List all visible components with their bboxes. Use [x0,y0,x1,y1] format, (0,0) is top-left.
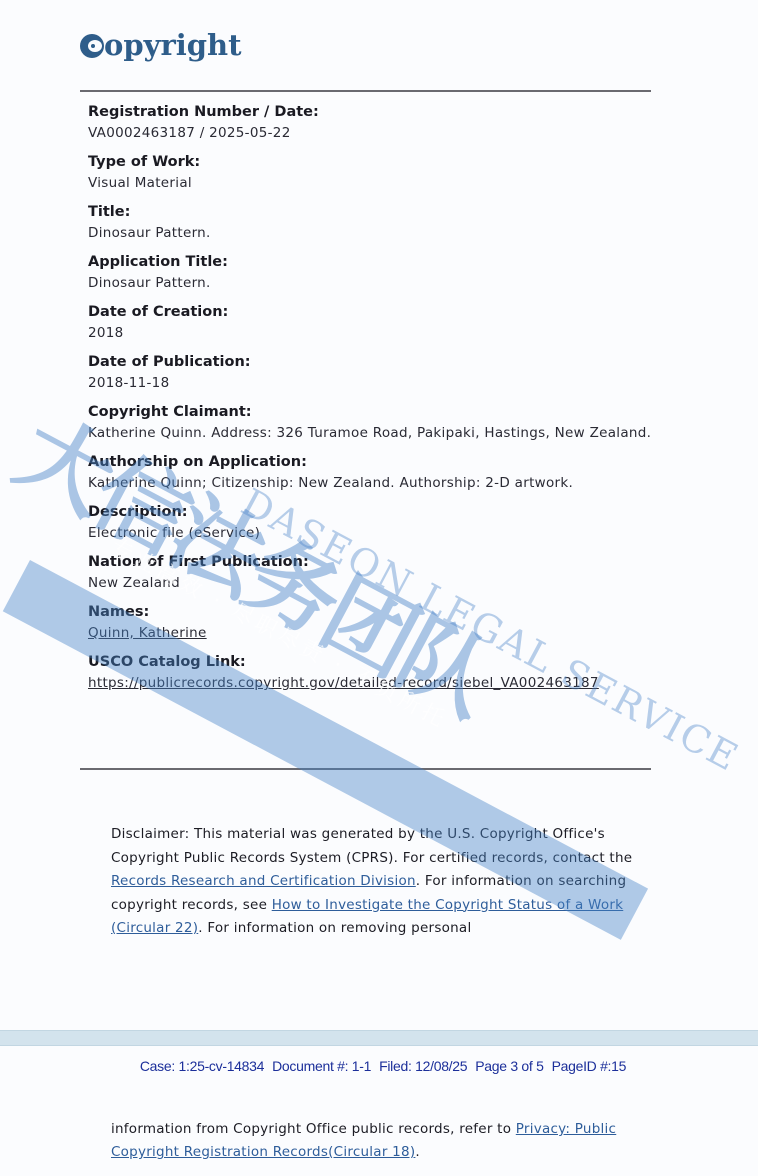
field-value: New Zealand [88,572,658,594]
field-value: Katherine Quinn. Address: 326 Turamoe Ro… [88,422,658,444]
field-label: Nation of First Publication: [88,553,658,572]
usco-catalog-link[interactable]: https://publicrecords.copyright.gov/deta… [88,672,658,694]
field-label: Description: [88,503,658,522]
field-usco-catalog-link: USCO Catalog Link: https://publicrecords… [88,653,658,694]
case-number: Case: 1:25-cv-14834 [140,1058,264,1074]
field-title: Title: Dinosaur Pattern. [88,203,658,244]
field-type-of-work: Type of Work: Visual Material [88,153,658,194]
field-label: USCO Catalog Link: [88,653,658,672]
disclaimer-continued: information from Copyright Office public… [111,1118,656,1164]
names-link[interactable]: Quinn, Katherine [88,622,658,644]
document-number: Document #: 1-1 [272,1058,371,1074]
field-value: 2018-11-18 [88,372,658,394]
records-research-link[interactable]: Records Research and Certification Divis… [111,873,416,889]
field-value: Dinosaur Pattern. [88,272,658,294]
field-registration: Registration Number / Date: VA0002463187… [88,103,658,144]
field-value: VA0002463187 / 2025-05-22 [88,122,658,144]
field-application-title: Application Title: Dinosaur Pattern. [88,253,658,294]
field-label: Authorship on Application: [88,453,658,472]
field-date-of-publication: Date of Publication: 2018-11-18 [88,353,658,394]
field-names: Names: Quinn, Katherine [88,603,658,644]
field-value: Dinosaur Pattern. [88,222,658,244]
field-label: Registration Number / Date: [88,103,658,122]
page-number: Page 3 of 5 [475,1058,543,1074]
field-label: Application Title: [88,253,658,272]
disclaimer-text: information from Copyright Office public… [111,1121,516,1137]
field-label: Date of Publication: [88,353,658,372]
field-label: Date of Creation: [88,303,658,322]
bottom-divider [80,768,651,770]
disclaimer-text: . For information on removing personal [198,920,471,936]
copyright-c-icon [80,34,104,58]
field-description: Description: Electronic file (eService) [88,503,658,544]
top-divider [80,90,651,92]
disclaimer: Disclaimer: This material was generated … [111,823,656,941]
field-label: Names: [88,603,658,622]
case-header: Case: 1:25-cv-14834Document #: 1-1Filed:… [0,1058,758,1074]
logo-text: opyright [104,28,242,62]
filed-date: Filed: 12/08/25 [379,1058,467,1074]
field-label: Copyright Claimant: [88,403,658,422]
field-date-of-creation: Date of Creation: 2018 [88,303,658,344]
copyright-logo: opyright [80,28,242,62]
page-separator [0,1030,758,1046]
field-value: Katherine Quinn; Citizenship: New Zealan… [88,472,658,494]
field-authorship: Authorship on Application: Katherine Qui… [88,453,658,494]
field-nation-of-first-publication: Nation of First Publication: New Zealand [88,553,658,594]
field-label: Title: [88,203,658,222]
field-value: Visual Material [88,172,658,194]
field-value: 2018 [88,322,658,344]
disclaimer-text: Disclaimer: This material was generated … [111,826,632,866]
field-value: Electronic file (eService) [88,522,658,544]
disclaimer-text: . [415,1144,420,1160]
page-id: PageID #:15 [552,1058,627,1074]
record-fields: Registration Number / Date: VA0002463187… [88,103,658,703]
field-label: Type of Work: [88,153,658,172]
field-copyright-claimant: Copyright Claimant: Katherine Quinn. Add… [88,403,658,444]
